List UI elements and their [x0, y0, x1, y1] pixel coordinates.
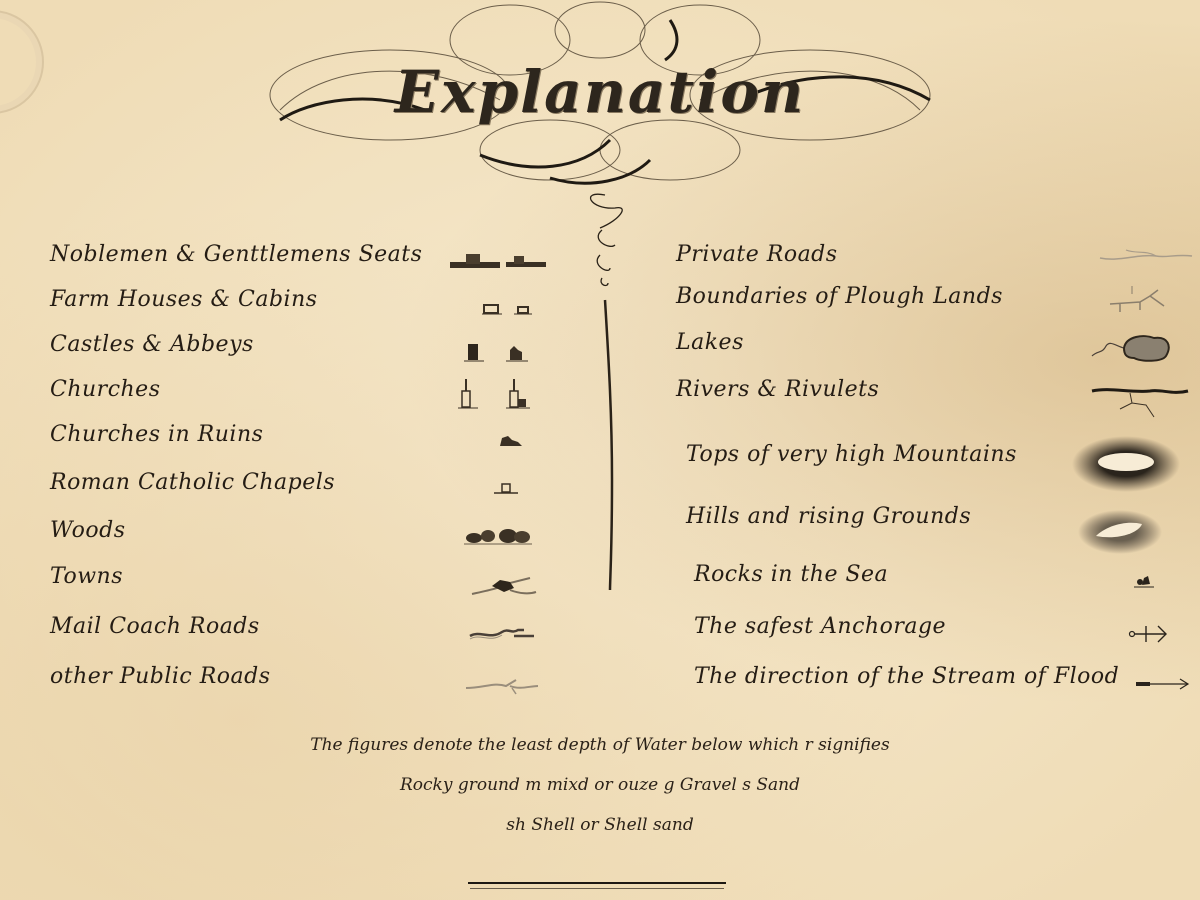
river-icon — [1090, 383, 1190, 427]
arrow-icon — [1136, 676, 1192, 692]
mountain-icon — [1070, 434, 1182, 494]
depth-note-line-1: The figures denote the least depth of Wa… — [230, 735, 970, 755]
legend-item: Churches in Ruins — [50, 420, 550, 460]
chapel-icon — [492, 482, 522, 498]
legend-item: Farm Houses & Cabins — [50, 285, 550, 325]
legend-item: Noblemen & Genttlemens Seats — [50, 240, 550, 280]
legend-label: Churches — [50, 377, 161, 402]
map-legend-page: Explanation Noblemen & Genttlemens Seats… — [0, 0, 1200, 900]
church-icon — [458, 377, 538, 411]
town-icon — [470, 572, 540, 598]
legend-label: Mail Coach Roads — [50, 614, 260, 639]
legend-label: Tops of very high Mountains — [686, 442, 1017, 467]
legend-item: Roman Catholic Chapels — [50, 468, 550, 508]
embossed-seal — [0, 10, 44, 114]
legend-item: other Public Roads — [50, 662, 550, 702]
mail-road-icon — [468, 622, 538, 644]
legend-item: Hills and rising Grounds — [676, 502, 1196, 542]
legend-item: Churches — [50, 375, 550, 415]
legend-item: Boundaries of Plough Lands — [676, 282, 1196, 322]
rock-icon — [1134, 574, 1156, 590]
legend-item: Towns — [50, 562, 550, 602]
legend-label: Rivers & Rivulets — [676, 377, 879, 402]
woods-icon — [464, 526, 534, 550]
legend-item: The safest Anchorage — [676, 612, 1196, 652]
private-road-icon — [1096, 244, 1196, 268]
legend-item: Tops of very high Mountains — [676, 440, 1196, 480]
legend-label: Castles & Abbeys — [50, 332, 254, 357]
legend-label: Boundaries of Plough Lands — [676, 284, 1003, 309]
depth-note-line-3: sh Shell or Shell sand — [230, 815, 970, 835]
legend-item: Private Roads — [676, 240, 1196, 280]
legend-label: Private Roads — [676, 242, 838, 267]
legend-label: Towns — [50, 564, 123, 589]
legend-label: Woods — [50, 518, 125, 543]
legend-label: Roman Catholic Chapels — [50, 470, 335, 495]
legend-label: Noblemen & Genttlemens Seats — [50, 242, 422, 267]
anchor-icon — [1128, 622, 1172, 648]
lake-icon — [1088, 328, 1188, 368]
legend-item: Mail Coach Roads — [50, 612, 550, 652]
legend-title: Explanation — [250, 58, 950, 126]
ruined-church-icon — [498, 434, 528, 450]
legend-item: Lakes — [676, 328, 1196, 368]
legend-label: Hills and rising Grounds — [686, 504, 971, 529]
seats-icon — [448, 250, 558, 274]
legend-label: Rocks in the Sea — [694, 562, 888, 587]
public-road-icon — [464, 676, 540, 696]
legend-item: Rocks in the Sea — [676, 560, 1196, 600]
bottom-rule — [468, 882, 726, 884]
legend-label: Lakes — [676, 330, 744, 355]
legend-label: other Public Roads — [50, 664, 271, 689]
legend-item: Castles & Abbeys — [50, 330, 550, 370]
legend-item: Rivers & Rivulets — [676, 375, 1196, 415]
castle-icon — [464, 340, 544, 364]
depth-note-line-2: Rocky ground m mixd or ouze g Gravel s S… — [230, 775, 970, 795]
column-divider-icon — [560, 150, 660, 710]
boundary-icon — [1100, 282, 1180, 318]
legend-label: Churches in Ruins — [50, 422, 263, 447]
legend-item: The direction of the Stream of Flood — [676, 662, 1196, 702]
hill-icon — [1076, 506, 1166, 556]
legend-label: The direction of the Stream of Flood — [694, 664, 1119, 689]
legend-item: Woods — [50, 516, 550, 556]
bottom-rule-thin — [470, 888, 724, 889]
legend-label: Farm Houses & Cabins — [50, 287, 318, 312]
legend-label: The safest Anchorage — [694, 614, 946, 639]
farm-house-icon — [482, 299, 542, 317]
